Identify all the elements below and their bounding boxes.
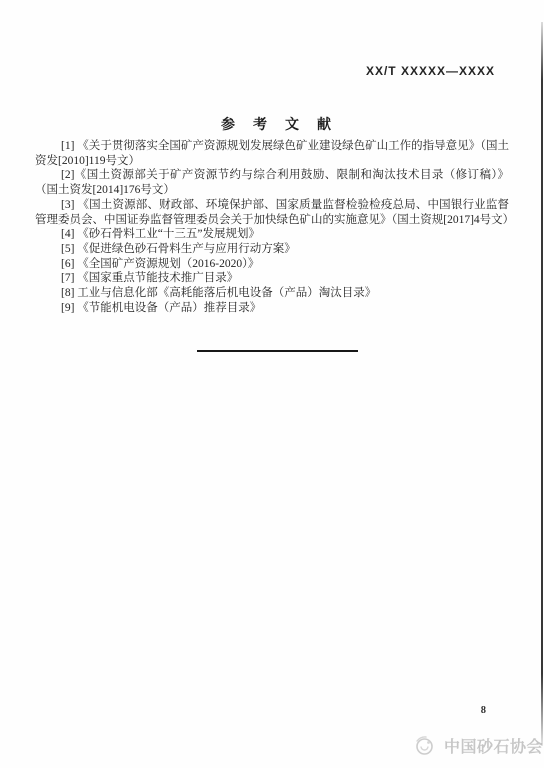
document-page: XX/T XXXXX—XXXX 参 考 文 献 [1] 《关于贯彻落实全国矿产资…	[0, 0, 544, 768]
reference-item-4: [4] 《砂石骨料工业“十三五”发展规划》	[35, 227, 509, 242]
reference-item-1: [1] 《关于贯彻落实全国矿产资源规划发展绿色矿业建设绿色矿山工作的指导意见》（…	[35, 139, 509, 168]
reference-item-3: [3] 《国土资源部、财政部、环境保护部、国家质量监督检验检疫总局、中国银行业监…	[35, 198, 509, 227]
reference-item-9: [9] 《节能机电设备（产品）推荐目录》	[35, 301, 509, 316]
reference-item-8: [8] 工业与信息化部《高耗能落后机电设备（产品）淘汰目录》	[35, 286, 509, 301]
end-of-document-rule	[197, 350, 358, 352]
references-list: [1] 《关于贯彻落实全国矿产资源规划发展绿色矿业建设绿色矿山工作的指导意见》（…	[35, 139, 509, 315]
scanned-page-edge-line	[541, 22, 543, 746]
association-logo-icon	[412, 733, 437, 758]
watermark: 中国砂石协会	[412, 733, 543, 758]
reference-item-2: [2]《国土资源部关于矿产资源节约与综合利用鼓励、限制和淘汰技术目录（修订稿）》…	[35, 168, 509, 197]
reference-item-7: [7] 《国家重点节能技术推广目录》	[35, 271, 509, 286]
reference-item-5: [5] 《促进绿色砂石骨料生产与应用行动方案》	[35, 242, 509, 257]
standard-number: XX/T XXXXX—XXXX	[366, 64, 495, 78]
watermark-text: 中国砂石协会	[444, 734, 543, 757]
page-number: 8	[481, 705, 486, 716]
reference-item-6: [6] 《全国矿产资源规划（2016-2020）》	[35, 257, 509, 272]
references-title: 参 考 文 献	[5, 114, 544, 134]
